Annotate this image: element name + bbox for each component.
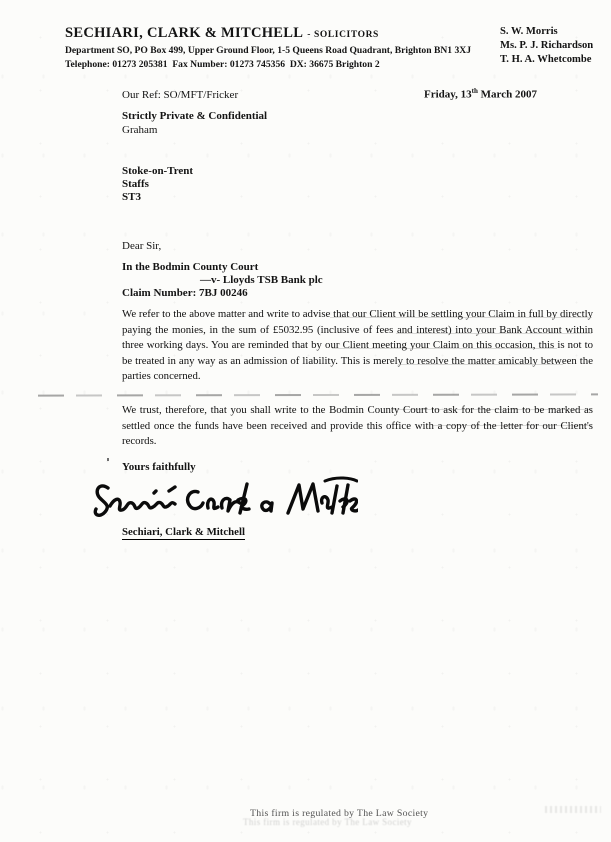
scan-smudge [432,425,592,426]
scan-smudge [396,333,592,334]
partner-name: Ms. P. J. Richardson [500,39,593,53]
scan-smudge [398,364,563,365]
firm-address: Department SO, PO Box 499, Upper Ground … [65,45,471,56]
firm-contact: Telephone: 01273 205381 Fax Number: 0127… [65,59,380,70]
address-line: ST3 [122,191,193,204]
body-paragraph-2: We trust, therefore, that you shall writ… [122,403,593,450]
date-month-year: March 2007 [478,89,537,101]
scanned-letter-page: SECHIARI, CLARK & MITCHELL - SOLICITORS … [0,0,611,842]
address-line: Stoke-on-Trent [122,165,193,178]
scan-smudge [392,409,592,410]
date-day: Friday, 13 [424,89,472,101]
scan-speck [107,458,109,461]
handwritten-signature [92,472,358,526]
letterhead: SECHIARI, CLARK & MITCHELL - SOLICITORS [65,24,379,42]
matter-heading: In the Bodmin County Court —v- Lloyds TS… [122,261,323,301]
firm-name: SECHIARI, CLARK & MITCHELL [65,25,303,41]
letter-date: Friday, 13th March 2007 [424,87,537,101]
versus-line: —v- Lloyds TSB Bank plc [200,274,323,287]
scan-streak-line [38,393,598,396]
signatory-name: Sechiari, Clark & Mitchell [122,526,245,540]
partner-list: S. W. Morris Ms. P. J. Richardson T. H. … [500,25,593,67]
body-paragraph-1: We refer to the above matter and write t… [122,307,593,385]
salutation: Dear Sir, [122,240,161,252]
partner-name: S. W. Morris [500,25,593,39]
address-line: Staffs [122,178,193,191]
scan-smudge [332,348,557,349]
claim-number: Claim Number: 7BJ 00246 [122,287,323,300]
recipient-name: Graham [122,124,157,136]
scan-smudge [330,317,592,318]
confidential-label: Strictly Private & Confidential [122,110,267,122]
scan-artifact [545,806,601,813]
partner-name: T. H. A. Whetcombe [500,53,593,67]
recipient-address: Stoke-on-Trent Staffs ST3 [122,165,193,204]
firm-suffix: - SOLICITORS [307,30,379,40]
court-line: In the Bodmin County Court [122,261,323,274]
regulation-notice-ghost: This firm is regulated by The Law Societ… [243,817,412,827]
our-ref: Our Ref: SO/MFT/Fricker [122,89,238,101]
